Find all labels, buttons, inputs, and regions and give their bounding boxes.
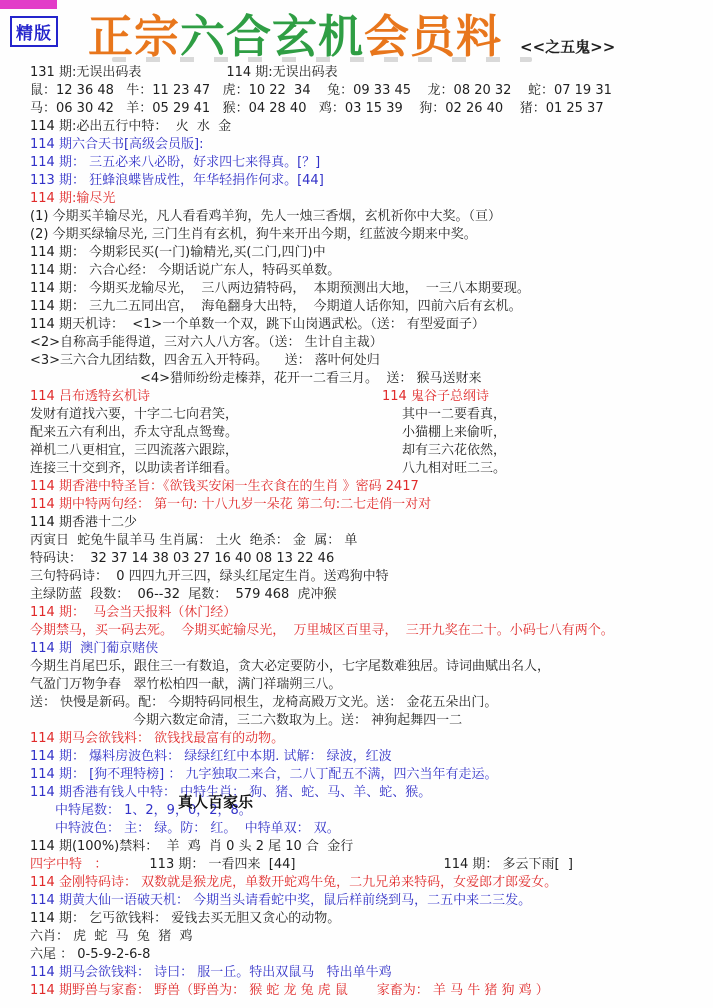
liuxiao-line: 六肖： 虎 蛇 马 兔 猪 鸡 xyxy=(30,928,713,946)
shujin-1: (1) 今期买羊输尽光，凡人看看鸡羊狗，先人一烛三香烟，玄机祈你中大奖。（亘） xyxy=(30,208,713,226)
page-title: 正宗六合玄机会员料 xyxy=(88,0,502,65)
text-part: 114 期野兽与家畜： 野兽（野兽为： 猴 蛇 龙 兔 虎 鼠 家畜为： 羊 马… xyxy=(30,983,549,998)
text-part: 丙寅日 蛇兔牛鼠羊马 生肖属： 土火 绝杀： 金 属： 单 xyxy=(30,533,357,548)
text-part: 114 期:必出五行中特： 火 水 金 xyxy=(30,119,231,134)
pujing-line-4: 今期六数定命清，三二六数取为上。送： 神狗起舞四一二 xyxy=(30,712,713,730)
sanjiu-line: 114 期： 三九二五同出宫， 海龟翻身大出特， 今期道人话你知，四前六后有玄机… xyxy=(30,298,713,316)
sizi-line: 四字中特 ：113 期： 一看四来 [44]114 期： 多云下雨[ ] xyxy=(30,856,713,874)
text-part: 114 期马会欲钱料： 诗曰： 服一丘。特出双鼠马 特出单牛鸡 xyxy=(30,965,392,980)
poem-row-2: 配来五六有利出，乔太守乱点鸳鸯。小猫棚上来偷听， xyxy=(30,424,713,442)
baccarat-overlay-text: 真人百家乐 xyxy=(178,793,253,811)
weishu-line: 中特尾数： 1、2，9，0，2，8。真人百家乐 xyxy=(30,802,713,820)
bingyin-line: 丙寅日 蛇兔牛鼠羊马 生肖属： 土火 绝杀： 金 属： 单 xyxy=(30,532,713,550)
pujing-header: 114 期 澳门葡京赌侠 xyxy=(30,640,713,658)
text-part: 114 期黄大仙一语破天机： 今期当头请看蛇中奖，鼠后样前绕到马，二五中来二三发… xyxy=(30,893,531,908)
baoliao-bose-line: 114 期： 爆料房波色料： 绿绿红红中本期. 试解： 绿波，红波 xyxy=(30,748,713,766)
pujing-line-1: 今期生肖尾巴乐，跟住三一有数追，贪大必定要防小，七字尾数难独居。诗词曲赋出名人， xyxy=(30,658,713,676)
zhulv-line: 主绿防蓝 段数： 06--32 尾数： 579 468 虎冲猴 xyxy=(30,586,713,604)
bose-line: 中特波色： 主： 绿。防： 红。 中特单双： 双。 xyxy=(30,820,713,838)
yuqian-line: 114 期马会欲钱料： 欲钱找最富有的动物。 xyxy=(30,730,713,748)
text-part: 114 期:无误出码表 xyxy=(226,65,337,80)
yeshou-line: 114 期野兽与家畜： 野兽（野兽为： 猴 蛇 龙 兔 虎 鼠 家畜为： 羊 马… xyxy=(30,982,713,1000)
goubuli-line: 114 期： [狗不理特榜] ： 九字独取二来合，二八丁配五不满，四六当年有走运… xyxy=(30,766,713,784)
text-part: 131 期:无误出码表 xyxy=(30,65,141,80)
five-elements-line: 114 期:必出五行中特： 火 水 金 xyxy=(30,118,713,136)
poem-row-3-left: 禅机二八更相宜，三四流落六跟踪， xyxy=(30,442,402,460)
text-part: 中特波色： 主： 绿。防： 红。 中特单双： 双。 xyxy=(55,821,340,836)
tianji-poem-4: <4>猎师纷纷走榛莽，花开一二看三月。 送： 猴马送财来 xyxy=(30,370,713,388)
text-part: 114 期(100%)禁料： 羊 鸡 肖 0 头 2 尾 10 合 金行 xyxy=(30,839,353,854)
pujing-line-2: 气盈门万物争春 翠竹松柏四一献，满门祥瑞朔三八。 xyxy=(30,676,713,694)
poem-row-3: 禅机二八更相宜，三四流落六跟踪，却有三六花依然， xyxy=(30,442,713,460)
temajue-line: 特码诀： 32 37 14 38 03 27 16 40 08 13 22 46 xyxy=(30,550,713,568)
poem-row-2-left: 配来五六有利出，乔太守乱点鸳鸯。 xyxy=(30,424,402,442)
mahui-baoliao-header: 114 期： 马会当天报料（休门经） xyxy=(30,604,713,622)
tianshu-114: 114 期： 三五必来八必盼，好求四七来得真。[？] xyxy=(30,154,713,172)
text-part: 今期生肖尾巴乐，跟住三一有数追，贪大必定要防小，七字尾数难独居。诗词曲赋出名人， xyxy=(30,659,550,674)
content-lines: 131 期:无误出码表114 期:无误出码表鼠：12 36 48 牛：11 23… xyxy=(30,64,713,1000)
top-magenta-strip xyxy=(0,0,57,9)
title-segment: 会员料 xyxy=(364,10,502,63)
shiyue-line: 114 期马会欲钱料： 诗曰： 服一丘。特出双鼠马 特出单牛鸡 xyxy=(30,964,713,982)
text-part: 114 期： 马会当天报料（休门经） xyxy=(30,605,236,620)
tianshu-header: 114 期六合天书[高级会员版]: xyxy=(30,136,713,154)
text-part: 主绿防蓝 段数： 06--32 尾数： 579 468 虎冲猴 xyxy=(30,587,337,602)
title-smudge-decoration xyxy=(112,57,532,62)
text-part: 114 期六合天书[高级会员版]: xyxy=(30,137,203,152)
tianji-poem-1: 114 期天机诗： <1>一个单数一个双，跳下山岗遇武松。（送： 有型爱面子） xyxy=(30,316,713,334)
text-part: 送： 快慢是新码。配： 今期特码同根生，龙椅高殿万文光。送： 金花五朵出门。 xyxy=(30,695,497,710)
shujin-2: (2) 今期买绿输尽光, 三门生肖有玄机，狗牛来开出今期，红蓝波今期来中奖。 xyxy=(30,226,713,244)
text-part: 六尾 ： 0-5-9-2-6-8 xyxy=(30,947,150,962)
text-part: 114 期： 三五必来八必盼，好求四七来得真。[？] xyxy=(30,155,320,170)
text-part: 鼠：12 36 48 牛：11 23 47 虎：10 22 34 兔：09 33… xyxy=(30,83,612,98)
poem-row-4: 连接三十交到齐，以助读者详细看。八九相对旺二三。 xyxy=(30,460,713,478)
poem-row-1-right: 其中一二要看真， xyxy=(402,407,506,422)
mailong-line: 114 期： 今期买龙输尽光， 三八两边猜特码， 本期预测出大地， 一三八本期要… xyxy=(30,280,713,298)
text-part: 114 期天机诗： <1>一个单数一个双，跳下山岗遇武松。（送： 有型爱面子） xyxy=(30,317,485,332)
zodiac-row-1: 鼠：12 36 48 牛：11 23 47 虎：10 22 34 兔：09 33… xyxy=(30,82,713,100)
liuwei-line: 六尾 ： 0-5-9-2-6-8 xyxy=(30,946,713,964)
text-part: (2) 今期买绿输尽光, 三门生肖有玄机，狗牛来开出今期，红蓝波今期来中奖。 xyxy=(30,227,477,242)
text-part: 113 期： 狂蜂浪蝶皆成性，年华轻捐作何求。[44] xyxy=(30,173,324,188)
text-part: 114 期： 六合心经： 今期话说广东人，特码买单数。 xyxy=(30,263,340,278)
jinliao-line: 114 期(100%)禁料： 羊 鸡 肖 0 头 2 尾 10 合 金行 xyxy=(30,838,713,856)
tianshu-113: 113 期： 狂蜂浪蝶皆成性，年华轻捐作何求。[44] xyxy=(30,172,713,190)
text-part: 114 金刚特码诗： 双数就是猴龙虎，单数开蛇鸡牛兔，二九兄弟来特码，女爱郎才郎… xyxy=(30,875,557,890)
text-part: <2>自称高手能得道，三对六人八方客。（送： 生计自主裁） xyxy=(30,335,383,350)
text-part: 114 期： 今期彩民买(一门)输精光,买(二门,四门)中 xyxy=(30,245,326,260)
shujin-header: 114 期:输尽光 xyxy=(30,190,713,208)
xinjing-line: 114 期： 六合心经： 今期话说广东人，特码买单数。 xyxy=(30,262,713,280)
poem-row-4-right: 八九相对旺二三。 xyxy=(402,461,506,476)
poem-headers-left: 114 吕布透特玄机诗 xyxy=(30,388,382,406)
text-part: 114 期:输尽光 xyxy=(30,191,115,206)
text-part: (1) 今期买羊输尽光，凡人看看鸡羊狗，先人一烛三香烟，玄机祈你中大奖。（亘） xyxy=(30,209,501,224)
text-part: 114 期： 多云下雨[ ] xyxy=(443,857,573,872)
poem-row-1: 发财有道找六要，十字二七向君笑，其中一二要看真， xyxy=(30,406,713,424)
tianji-poem-2: <2>自称高手能得道，三对六人八方客。（送： 生计自主裁） xyxy=(30,334,713,352)
huangdaxian-line: 114 期黄大仙一语破天机： 今期当头请看蛇中奖，鼠后样前绕到马，二五中来二三发… xyxy=(30,892,713,910)
youqianren-line: 114 期香港有钱人中特： 中特生肖： 狗、猪、蛇、马、羊、蛇、猴。 xyxy=(30,784,713,802)
text-part: <3>三六合九团结数，四舍五入开特码。 送： 落叶何处归 xyxy=(30,353,380,368)
title-segment: 六合玄机 xyxy=(180,10,364,63)
text-part: 114 期 澳门葡京赌侠 xyxy=(30,641,158,656)
poem-row-4-left: 连接三十交到齐，以助读者详细看。 xyxy=(30,460,402,478)
text-part: 114 期： 今期买龙输尽光， 三八两边猜特码， 本期预测出大地， 一三八本期要… xyxy=(30,281,530,296)
text-part: 114 期香港十二少 xyxy=(30,515,137,530)
title-segment: 正宗 xyxy=(88,10,180,63)
text-part: 气盈门万物争春 翠竹松柏四一献，满门祥瑞朔三八。 xyxy=(30,677,341,692)
edition-badge: 精版 xyxy=(10,16,58,47)
text-part: 114 期： 三九二五同出宫， 海龟翻身大出特， 今期道人话你知，四前六后有玄机… xyxy=(30,299,522,314)
caimin-line: 114 期： 今期彩民买(一门)输精光,买(二门,四门)中 xyxy=(30,244,713,262)
text-part: <4>猎师纷纷走榛莽，花开一二看三月。 送： 猴马送财来 xyxy=(140,371,481,386)
series-subtitle: <<之五鬼>> xyxy=(520,36,615,57)
poem-headers-right: 114 鬼谷子总纲诗 xyxy=(382,389,489,404)
shiersha-header: 114 期香港十二少 xyxy=(30,514,713,532)
text-part: 今期六数定命清，三二六数取为上。送： 神狗起舞四一二 xyxy=(133,713,462,728)
jingang-line: 114 金刚特码诗： 双数就是猴龙虎，单数开蛇鸡牛兔，二九兄弟来特码，女爱郎才郎… xyxy=(30,874,713,892)
tianji-poem-3: <3>三六合九团结数，四舍五入开特码。 送： 落叶何处归 xyxy=(30,352,713,370)
text-part: 马：06 30 42 羊：05 29 41 猴：04 28 40 鸡：03 15… xyxy=(30,101,604,116)
qigai-line: 114 期： 乞丐欲钱料： 爱钱去买无胆又贪心的动物。 xyxy=(30,910,713,928)
sanju-line: 三句特码诗： 0 四四九开三四，绿头红尾定生肖。送鸡狗中特 xyxy=(30,568,713,586)
text-part: 今期禁马，买一码去死。 今期买蛇输尽光， 万里城区百里寻， 三开九奖在二十。小码… xyxy=(30,623,614,638)
text-part: 113 期： 一看四来 [44] xyxy=(149,857,295,872)
text-part: 114 期香港中特圣旨：《欲钱买安闲一生衣食在的生肖 》密码 2417 xyxy=(30,479,419,494)
text-part: 114 期中特两句经： 第一句: 十八九岁一朵花 第二句:二七走俏一对对 xyxy=(30,497,431,512)
lottery-tips-sheet: 精版 正宗六合玄机会员料 <<之五鬼>> 131 期:无误出码表114 期:无误… xyxy=(0,0,713,1008)
poem-row-1-left: 发财有道找六要，十字二七向君笑， xyxy=(30,406,402,424)
text-part: 114 期： 爆料房波色料： 绿绿红红中本期. 试解： 绿波，红波 xyxy=(30,749,392,764)
shengzhi-line: 114 期香港中特圣旨：《欲钱买安闲一生衣食在的生肖 》密码 2417 xyxy=(30,478,713,496)
text-part: 三句特码诗： 0 四四九开三四，绿头红尾定生肖。送鸡狗中特 xyxy=(30,569,389,584)
zodiac-row-2: 马：06 30 42 羊：05 29 41 猴：04 28 40 鸡：03 15… xyxy=(30,100,713,118)
pujing-line-3: 送： 快慢是新码。配： 今期特码同根生，龙椅高殿万文光。送： 金花五朵出门。 xyxy=(30,694,713,712)
text-part: 114 期： [狗不理特榜] ： 九字独取二来合，二八丁配五不满，四六当年有走运… xyxy=(30,767,498,782)
text-part: 特码诀： 32 37 14 38 03 27 16 40 08 13 22 46 xyxy=(30,551,334,566)
text-part: 六肖： 虎 蛇 马 兔 猪 鸡 xyxy=(30,929,192,944)
jinma-line: 今期禁马，买一码去死。 今期买蛇输尽光， 万里城区百里寻， 三开九奖在二十。小码… xyxy=(30,622,713,640)
poem-row-3-right: 却有三六花依然， xyxy=(402,443,506,458)
poem-row-2-right: 小猫棚上来偷听， xyxy=(402,425,506,440)
text-part: 四字中特 ： xyxy=(30,857,107,872)
liangju-line: 114 期中特两句经： 第一句: 十八九岁一朵花 第二句:二七走俏一对对 xyxy=(30,496,713,514)
text-part: 114 期： 乞丐欲钱料： 爱钱去买无胆又贪心的动物。 xyxy=(30,911,340,926)
poem-headers: 114 吕布透特玄机诗114 鬼谷子总纲诗 xyxy=(30,388,713,406)
codes-table-header: 131 期:无误出码表114 期:无误出码表 xyxy=(30,64,713,82)
text-part: 114 期马会欲钱料： 欲钱找最富有的动物。 xyxy=(30,731,284,746)
